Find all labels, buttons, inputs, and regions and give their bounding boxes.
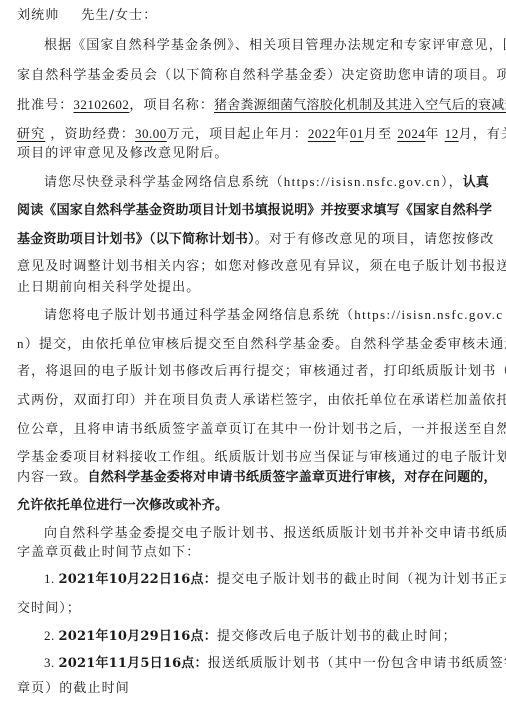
paragraph-1-line-4: 研究 ，资助经费：30.00万元，项目起止年月：2022年01月至 2024年 … <box>17 125 506 144</box>
notice-document: 刘统帅先生/女士： 根据《国家自然科学基金条例》、相关项目管理办法规定和专家评审… <box>0 0 506 701</box>
recipient-title: 先生/女士： <box>81 8 157 23</box>
funding-unit: 万元，项目起止年月： <box>167 127 308 142</box>
start-year: 2022 <box>308 126 336 141</box>
deadline-item-1: 1. 2021年10月22日16点：提交电子版计划书的截止时间（视为计划书正式提 <box>44 570 506 589</box>
year-char: 年 <box>425 127 444 142</box>
start-month: 01 <box>350 126 364 141</box>
paragraph-1-line-2: 家自然科学基金委员会（以下简称自然科学基金委）决定资助您申请的项目。项目 <box>17 67 506 85</box>
funding-label: ，资助经费： <box>45 127 135 142</box>
paragraph-4-line-2: 字盖章页截止时间节点如下： <box>17 544 200 562</box>
nsfc-url-link[interactable]: https://isisn.nsfc.gov.c <box>354 307 503 322</box>
deadline-date: 2021年10月22日16点： <box>59 572 217 587</box>
paragraph-2-line-2: 阅读《国家自然科学基金资助项目计划书填报说明》并按要求填写《国家自然科学 <box>17 202 492 220</box>
deadline-date: 2021年10月29日16点： <box>59 629 217 644</box>
paragraph-2-line-3: 基金资助项目计划书》（以下简称计划书）。对于有修改意见的项目，请您按修改 <box>17 231 495 249</box>
paragraph-4-line-1: 向自然科学基金委提交电子版计划书、报送纸质版计划书并补交申请书纸质签 <box>44 525 506 543</box>
paragraph-3-line-7: 内容一致。自然科学基金委将对申请书纸质签字盖章页进行审核，对存在问题的， <box>17 469 497 487</box>
text: 请您将电子版计划书通过科学基金网络信息系统（ <box>44 308 354 323</box>
text: ）提交，由依托单位审核后提交至自然科学基金委。自然科学基金委审核未通过 <box>25 337 506 352</box>
deadline-description: 报送纸质版计划书（其中一份包含申请书纸质签字盖 <box>208 656 506 671</box>
approval-number: 32102602 <box>73 97 129 112</box>
deadline-description: 提交修改后电子版计划书的截止时间； <box>217 629 457 644</box>
paragraph-3-line-1: 请您将电子版计划书通过科学基金网络信息系统（https://isisn.nsfc… <box>44 306 504 325</box>
year-char: 年 <box>336 127 350 142</box>
paragraph-1-line-1: 根据《国家自然科学基金条例》、相关项目管理办法规定和专家评审意见，国 <box>44 37 506 55</box>
month-to: 月至 <box>364 127 397 142</box>
bold-text: 认真 <box>463 175 489 190</box>
nsfc-url-link[interactable]: https://isisn.nsfc.gov.cn <box>284 174 441 189</box>
funding-amount: 30.00 <box>135 126 167 141</box>
deadline-item-3: 3. 2021年11月5日16点：报送纸质版计划书（其中一份包含申请书纸质签字盖 <box>44 654 506 673</box>
list-index: 3. <box>44 655 59 670</box>
text: 。对于有修改意见的项目，请您按修改 <box>255 232 495 247</box>
paragraph-3-line-4: 式两份，双面打印）并在项目负责人承诺栏签字，由依托单位在承诺栏加盖依托单 <box>17 392 506 410</box>
paragraph-3-line-5: 位公章，且将申请书纸质签字盖章页订在其中一份计划书之后，一并报送至自然科 <box>17 421 506 439</box>
deadline-date: 2021年11月5日16点： <box>59 656 208 671</box>
end-year: 2024 <box>397 126 425 141</box>
deadline-item-1-continued: 交时间）； <box>17 600 81 618</box>
text: 内容一致。 <box>17 470 88 485</box>
text: ）， <box>441 175 463 190</box>
paragraph-3-line-6: 学基金委项目材料接收工作组。纸质版计划书应当保证与审核通过的电子版计划书 <box>17 449 506 467</box>
approval-label: 批准号： <box>17 98 73 113</box>
text: 请您尽快登录科学基金网络信息系统（ <box>44 175 284 190</box>
list-index: 2. <box>44 628 59 643</box>
project-name-continued: 研究 <box>17 127 45 142</box>
recipient-name: 刘统帅 <box>17 8 59 23</box>
list-index: 1. <box>44 571 59 586</box>
project-name: 猪舍粪源细菌气溶胶化机制及其进入空气后的衰减规律 <box>214 98 506 113</box>
deadline-item-2: 2. 2021年10月29日16点：提交修改后电子版计划书的截止时间； <box>44 627 457 646</box>
deadline-item-3-continued: 章页）的截止时间 <box>17 680 130 698</box>
project-name-label: ，项目名称： <box>129 98 214 113</box>
paragraph-3-line-3: 者，将退回的电子版计划书修改后再行提交；审核通过者，打印纸质版计划书（一 <box>17 363 506 381</box>
end-month: 12 <box>445 126 459 141</box>
paragraph-1-line-3: 批准号：32102602，项目名称：猪舍粪源细菌气溶胶化机制及其进入空气后的衰减… <box>17 96 506 115</box>
nsfc-url-link-continued[interactable]: n <box>17 336 25 351</box>
deadline-description: 提交电子版计划书的截止时间（视为计划书正式提 <box>217 572 506 587</box>
paragraph-2-line-1: 请您尽快登录科学基金网络信息系统（https://isisn.nsfc.gov.… <box>44 173 489 192</box>
line-tail: 月，有关 <box>459 127 506 142</box>
bold-text: 自然科学基金委将对申请书纸质签字盖章页进行审核，对存在问题的， <box>88 470 497 485</box>
paragraph-1-line-5: 项目的评审意见及修改意见附后。 <box>17 145 229 163</box>
paragraph-2-line-4: 意见及时调整计划书相关内容；如您对修改意见有异议，须在电子版计划书报送截 <box>17 258 506 276</box>
paragraph-2-line-5: 止日期前向相关科学处提出。 <box>17 279 200 297</box>
bold-text: 基金资助项目计划书》（以下简称计划书） <box>17 232 255 247</box>
paragraph-3-line-8: 允许依托单位进行一次修改或补齐。 <box>17 497 228 515</box>
salutation: 刘统帅先生/女士： <box>17 7 157 25</box>
paragraph-3-line-2: n）提交，由依托单位审核后提交至自然科学基金委。自然科学基金委审核未通过 <box>17 335 506 354</box>
